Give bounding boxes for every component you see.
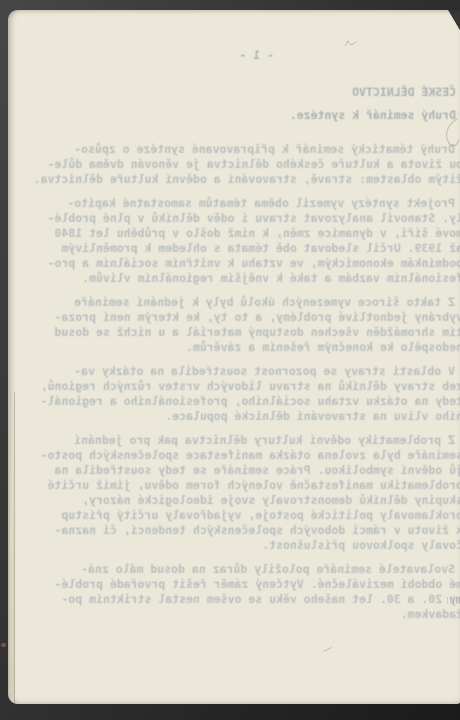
paragraph: Druhý tématický seminář k připravované s… — [43, 142, 460, 187]
scan-background: - 1 - ČESKÉ DĚLNICTVO Druhý seminář k sy… — [0, 0, 460, 720]
document-body: Druhý tématický seminář k připravované s… — [43, 142, 460, 622]
document-header: ČESKÉ DĚLNICTVO Druhý seminář k syntéze. — [43, 81, 460, 127]
paragraph: V oblasti stravy se pozornost soustředil… — [43, 364, 460, 424]
header-title: ČESKÉ DĚLNICTVO — [43, 81, 456, 104]
speck-mark — [323, 647, 331, 652]
red-fleck — [1, 643, 6, 647]
pencil-mark-icon — [442, 116, 460, 152]
edge-smudge — [447, 597, 460, 604]
paragraph: Z problematiky oděvní kultury dělnictva … — [43, 433, 460, 553]
paragraph: Svolavatelé semináře položily důraz na d… — [43, 562, 460, 622]
paragraph: Z takto široce vymezených úkolů byly k j… — [43, 295, 460, 355]
smudge-mark-icon — [344, 39, 358, 48]
page-number: - 1 - — [43, 48, 460, 63]
document-page: - 1 - ČESKÉ DĚLNICTVO Druhý seminář k sy… — [8, 10, 460, 704]
header-subtitle: Druhý seminář k syntéze. — [43, 104, 456, 127]
paragraph: Projekt syntézy vymezil oběma tématům sa… — [43, 196, 460, 286]
page-corner-shadow — [448, 10, 460, 32]
bleedthrough-text-block: - 1 - ČESKÉ DĚLNICTVO Druhý seminář k sy… — [43, 48, 460, 631]
